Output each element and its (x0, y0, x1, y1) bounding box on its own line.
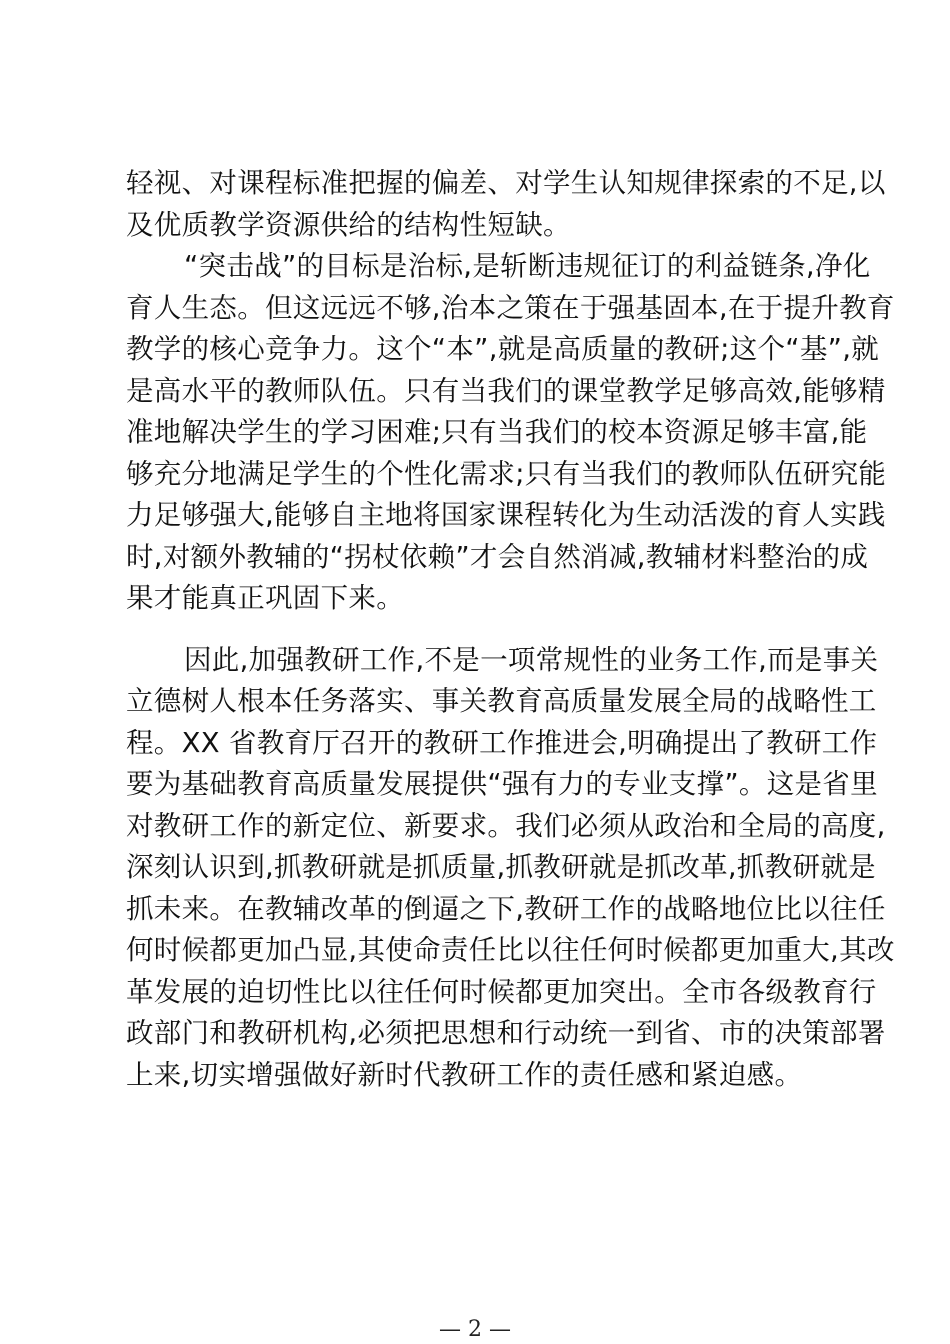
text-line: 因此,加强教研工作,不是一项常规性的业务工作,而是事关 (126, 640, 826, 682)
document-page: 轻视、对课程标准把握的偏差、对学生认知规律探索的不足,以 及优质教学资源供给的结… (126, 163, 826, 1096)
text-line: 政部门和教研机构,必须把思想和行动统一到省、市的决策部署 (126, 1013, 826, 1055)
text-line: “突击战”的目标是治标,是斩断违规征订的利益链条,净化 (126, 246, 826, 288)
text-line: 抓未来。在教辅改革的倒逼之下,教研工作的战略地位比以往任 (126, 889, 826, 931)
text-line: 上来,切实增强做好新时代教研工作的责任感和紧迫感。 (126, 1055, 826, 1097)
text-line: 对教研工作的新定位、新要求。我们必须从政治和全局的高度, (126, 806, 826, 848)
text-line: 是高水平的教师队伍。只有当我们的课堂教学足够高效,能够精 (126, 371, 826, 413)
text-line: 深刻认识到,抓教研就是抓质量,抓教研就是抓改革,抓教研就是 (126, 847, 826, 889)
text-line: 育人生态。但这远远不够,治本之策在于强基固本,在于提升教育 (126, 288, 826, 330)
text-line: 革发展的迫切性比以往任何时候都更加突出。全市各级教育行 (126, 972, 826, 1014)
text-line: 力足够强大,能够自主地将国家课程转化为生动活泼的育人实践 (126, 495, 826, 537)
text-line: 时,对额外教辅的“拐杖依赖”才会自然消减,教辅材料整治的成 (126, 537, 826, 579)
text-line: 要为基础教育高质量发展提供“强有力的专业支撑”。这是省里 (126, 764, 826, 806)
text-line: 准地解决学生的学习困难;只有当我们的校本资源足够丰富,能 (126, 412, 826, 454)
paragraph-continuation: 轻视、对课程标准把握的偏差、对学生认知规律探索的不足,以 及优质教学资源供给的结… (126, 163, 826, 246)
page-number: — 2 — (0, 1316, 950, 1344)
text-line: 及优质教学资源供给的结构性短缺。 (126, 205, 826, 247)
text-line: 果才能真正巩固下来。 (126, 578, 826, 620)
text-line: 立德树人根本任务落实、事关教育高质量发展全局的战略性工 (126, 681, 826, 723)
paragraph-teaching-research: 因此,加强教研工作,不是一项常规性的业务工作,而是事关 立德树人根本任务落实、事… (126, 640, 826, 1097)
paragraph-spacer (126, 620, 826, 640)
text-line: 够充分地满足学生的个性化需求;只有当我们的教师队伍研究能 (126, 454, 826, 496)
paragraph-assault-campaign: “突击战”的目标是治标,是斩断违规征订的利益链条,净化 育人生态。但这远远不够,… (126, 246, 826, 620)
text-line: 轻视、对课程标准把握的偏差、对学生认知规律探索的不足,以 (126, 163, 826, 205)
text-line: 何时候都更加凸显,其使命责任比以往任何时候都更加重大,其改 (126, 930, 826, 972)
text-line: 程。XX 省教育厅召开的教研工作推进会,明确提出了教研工作 (126, 723, 826, 765)
text-line: 教学的核心竞争力。这个“本”,就是高质量的教研;这个“基”,就 (126, 329, 826, 371)
